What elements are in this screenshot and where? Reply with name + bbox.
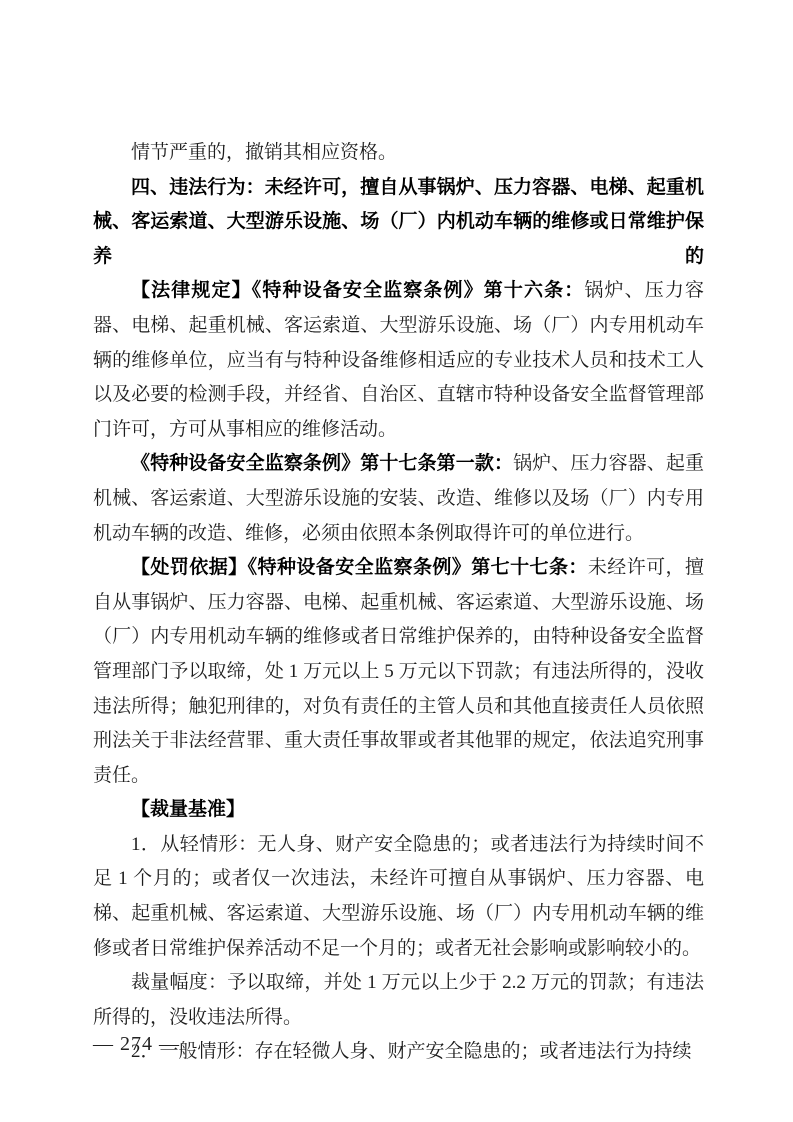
paragraph-penalty-basis: 【处罚依据】《特种设备安全监察条例》第七十七条：未经许可，擅自从事锅炉、压力容器… — [93, 551, 704, 793]
document-body: 情节严重的，撤销其相应资格。 四、违法行为：未经许可，擅自从事锅炉、压力容器、电… — [93, 136, 704, 1070]
paragraph-legal-basis: 【法律规定】《特种设备安全监察条例》第十六条：锅炉、压力容器、电梯、起重机械、客… — [93, 274, 704, 447]
paragraph-violation-heading: 四、违法行为：未经许可，擅自从事锅炉、压力容器、电梯、起重机械、客运索道、大型游… — [93, 171, 704, 275]
paragraph-article-17: 《特种设备安全监察条例》第十七条第一款：锅炉、压力容器、起重机械、客运索道、大型… — [93, 447, 704, 551]
paragraph-discretion-range: 裁量幅度：予以取缔，并处 1 万元以上少于 2.2 万元的罚款；有违法所得的，没… — [93, 966, 704, 1035]
footer-page-number: — 274 — — [93, 1029, 180, 1059]
article-17-label: 《特种设备安全监察条例》第十七条第一款： — [131, 453, 513, 474]
paragraph-general-case: 2．一般情形：存在轻微人身、财产安全隐患的；或者违法行为持续 — [93, 1035, 704, 1070]
paragraph-discretion-heading: 【裁量基准】 — [93, 793, 704, 828]
paragraph-carryover: 情节严重的，撤销其相应资格。 — [93, 136, 704, 171]
document-page: 情节严重的，撤销其相应资格。 四、违法行为：未经许可，擅自从事锅炉、压力容器、电… — [0, 0, 793, 1122]
legal-basis-text: 锅炉、压力容器、电梯、起重机械、客运索道、大型游乐设施、场（厂）内专用机动车辆的… — [93, 280, 704, 439]
penalty-basis-label: 【处罚依据】《特种设备安全监察条例》第七十七条： — [131, 557, 588, 578]
penalty-basis-text: 未经许可，擅自从事锅炉、压力容器、电梯、起重机械、客运索道、大型游乐设施、场（厂… — [93, 557, 704, 786]
paragraph-lenient-case: 1．从轻情形：无人身、财产安全隐患的；或者违法行为持续时间不足 1 个月的；或者… — [93, 828, 704, 966]
legal-basis-label: 【法律规定】《特种设备安全监察条例》第十六条： — [131, 280, 584, 301]
